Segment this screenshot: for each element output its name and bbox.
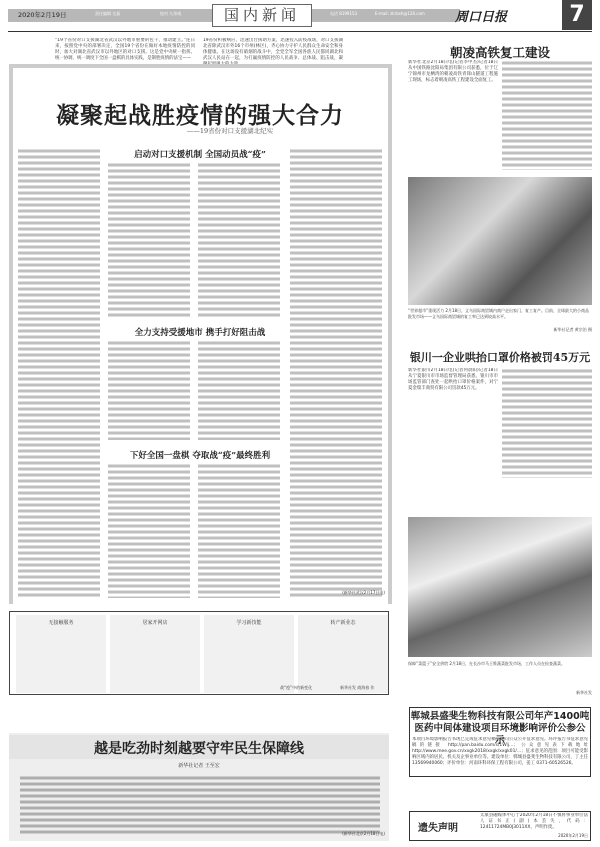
main-column-1 [18, 148, 100, 598]
phone: 电话 8199153 [330, 11, 357, 17]
cartoon-credit: 新华社发 商海春 作 [340, 685, 375, 691]
right-mid-body-2 [502, 368, 592, 478]
main-subheadline: ——19省份对口支援湖北纪实 [130, 126, 330, 135]
bottom-byline: 新华社记者 王至宏 [9, 764, 389, 770]
email: E-mail: zkrbsh@126.com [375, 11, 425, 16]
editor-credit: 责任编辑 尤磊 [95, 11, 120, 17]
right-top-body-2 [502, 60, 592, 170]
section1-heading: 启动对口支援机制 全国动员战“疫” [100, 148, 300, 160]
market-photo-caption: “世界超市”重现活力 2月18日，义乌国际商贸城内商户走出家门，复工复产。目前，… [408, 308, 592, 319]
cartoon-caption: 战“疫”中的新变化 [280, 685, 312, 691]
ad-body: 本项目环境影响报告书现已完成征求意见稿，现向公众公开征求意见。环评报告书征求意见… [412, 737, 588, 797]
main-column-2 [108, 162, 190, 317]
bottom-headline: 越是吃劲时刻越要守牢民生保障线 [9, 738, 389, 758]
bottom-dateline: (新华社北京2月18日电) [310, 831, 385, 837]
bottom-article-body [20, 775, 380, 835]
market-photo [408, 177, 592, 305]
proof-credit: 校对 九荣威 [160, 11, 181, 17]
vegetable-photo-caption: 保障“菜篮子”安全供给 2月18日，在长沙市马王堆蔬菜批发市场，工作人员在检查蔬… [408, 661, 592, 667]
paper-logo: 周口日报 [455, 6, 507, 25]
section2-heading: 全力支持受援地市 携手打好阻击战 [100, 326, 300, 338]
right-mid-body-1: 新华社银川2月18日电(记者何晨阳)记者18日从宁夏银川市市场监督管理局获悉，银… [408, 368, 498, 493]
main-column-6 [198, 340, 280, 440]
notice-body: 太康县融媒体中心于2020年2月18日不慎将事业单位法人证书正(副)本丢失，代码… [480, 813, 588, 833]
cartoon-panel-4: 转产新业态 [298, 615, 388, 693]
ad-title-line-1: 郸城县盛斐生物科技有限公司年产1400吨 [410, 711, 590, 723]
right-top-body-1: 新华社北京2月18日电(记者李中杰)记者18日从中国铁路沈阳局集团有限公司获悉，… [408, 60, 498, 170]
market-photo-credit: 新华社记者 黄宗治 摄 [520, 327, 592, 333]
section3-heading: 下好全国一盘棋 夺取战“疫”最终胜利 [100, 449, 300, 461]
notice-date: 2020年2月19日 [530, 833, 588, 839]
main-byline: (新华社武汉2月17日电) [290, 590, 385, 596]
page-number: 7 [562, 0, 592, 30]
issue-date: 2020年2月19日 [18, 10, 66, 19]
cartoon-panel-2: 居家开网店 [110, 615, 200, 693]
cartoon-strip: 无接触服务 居家开网店 学习新技能 转产新业态 战“疫”中的新变化 新华社发 商… [9, 611, 389, 695]
header-rule [8, 31, 592, 32]
main-column-4 [290, 148, 382, 598]
vegetable-photo-credit: 新华社发 [545, 690, 592, 696]
vegetable-photo [408, 517, 592, 657]
right-mid-headline: 银川一企业哄抬口罩价格被罚45万元 [405, 349, 595, 365]
notice-title: 遗失声明 [418, 819, 458, 834]
right-top-headline: 朝凌高铁复工建设 [405, 43, 595, 61]
main-column-8 [198, 463, 280, 598]
cartoon-panel-3: 学习新技能 [204, 615, 294, 693]
main-column-3 [198, 162, 280, 317]
section-title: 国内新闻 [212, 4, 312, 27]
cartoon-panel-1: 无接触服务 [16, 615, 106, 693]
main-column-5 [108, 340, 190, 440]
main-column-7 [108, 463, 190, 598]
